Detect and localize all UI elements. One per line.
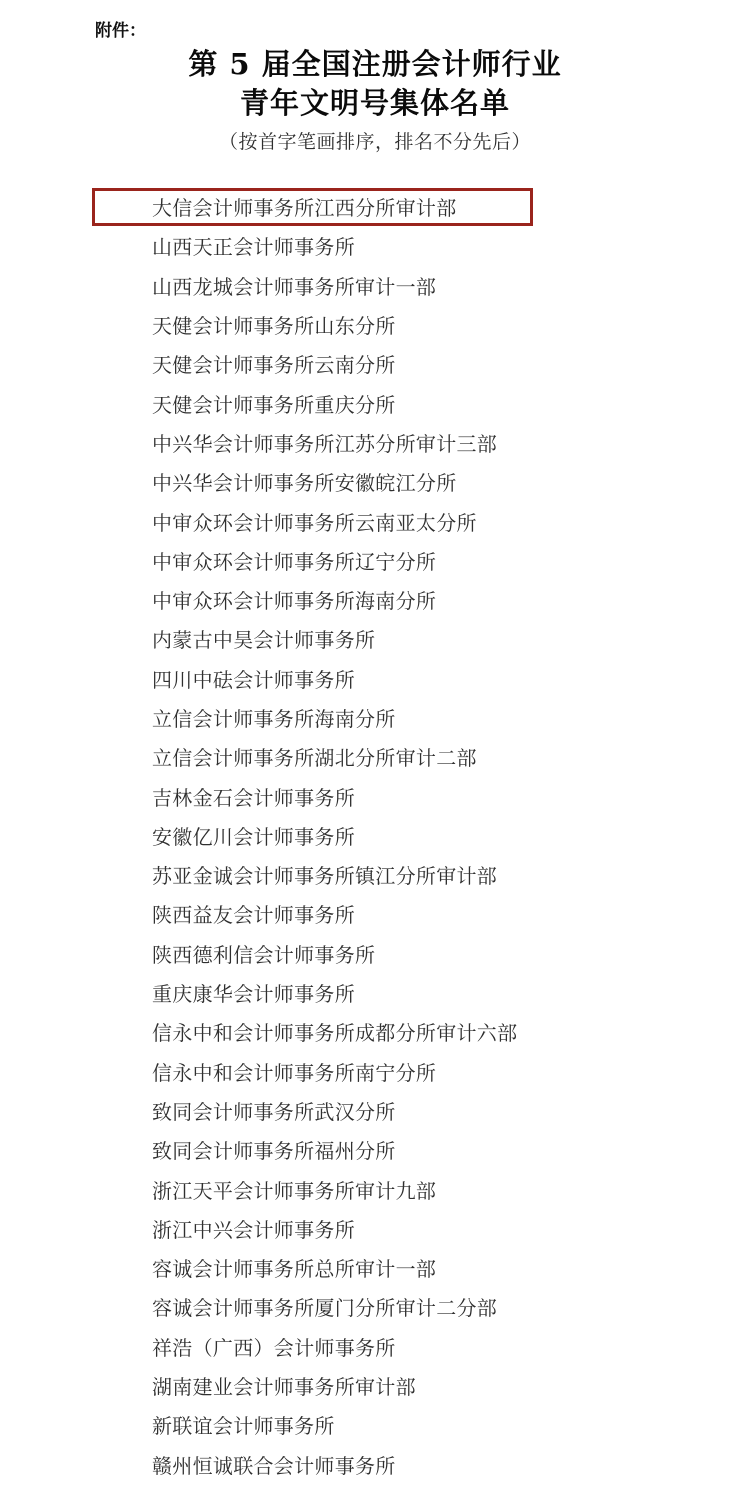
list-item: 湖南建业会计师事务所审计部 xyxy=(0,1366,750,1405)
firm-name: 山西龙城会计师事务所审计一部 xyxy=(152,271,436,300)
list-item: 苏亚金诚会计师事务所镇江分所审计部 xyxy=(0,855,750,894)
list-item: 新联谊会计师事务所 xyxy=(0,1405,750,1444)
firm-name: 大信会计师事务所江西分所审计部 xyxy=(152,192,457,221)
list-item: 中审众环会计师事务所云南亚太分所 xyxy=(0,501,750,540)
firm-name: 容诚会计师事务所总所审计一部 xyxy=(152,1253,436,1282)
list-item: 山西龙城会计师事务所审计一部 xyxy=(0,266,750,305)
firm-name: 陕西益友会计师事务所 xyxy=(152,899,355,928)
firm-name: 天健会计师事务所山东分所 xyxy=(152,310,396,339)
attachment-label: 附件： xyxy=(95,16,146,41)
list-item: 山西天正会计师事务所 xyxy=(0,226,750,265)
list-item: 内蒙古中昊会计师事务所 xyxy=(0,619,750,658)
firm-name: 中兴华会计师事务所江苏分所审计三部 xyxy=(152,428,497,457)
list-item: 中审众环会计师事务所辽宁分所 xyxy=(0,541,750,580)
firm-name: 吉林金石会计师事务所 xyxy=(152,782,355,811)
list-item: 容诚会计师事务所总所审计一部 xyxy=(0,1248,750,1287)
firm-name: 中审众环会计师事务所辽宁分所 xyxy=(152,546,436,575)
list-item: 容诚会计师事务所厦门分所审计二分部 xyxy=(0,1287,750,1326)
list-item: 中兴华会计师事务所江苏分所审计三部 xyxy=(0,423,750,462)
page-subtitle: （按首字笔画排序，排名不分先后） xyxy=(0,127,750,154)
firm-name: 陕西德利信会计师事务所 xyxy=(152,939,375,968)
firm-name: 中审众环会计师事务所海南分所 xyxy=(152,585,436,614)
list-item: 信永中和会计师事务所南宁分所 xyxy=(0,1052,750,1091)
page-title: 第 5 届全国注册会计师行业 青年文明号集体名单 xyxy=(0,45,750,123)
list-item: 陕西德利信会计师事务所 xyxy=(0,934,750,973)
firm-name: 中审众环会计师事务所云南亚太分所 xyxy=(152,507,477,536)
firm-name: 立信会计师事务所湖北分所审计二部 xyxy=(152,742,477,771)
list-item: 天健会计师事务所云南分所 xyxy=(0,344,750,383)
firm-name: 新联谊会计师事务所 xyxy=(152,1410,335,1439)
firm-name: 赣州恒诚联合会计师事务所 xyxy=(152,1450,396,1479)
list-item: 四川中砝会计师事务所 xyxy=(0,659,750,698)
list-item: 吉林金石会计师事务所 xyxy=(0,776,750,815)
firm-name: 天健会计师事务所重庆分所 xyxy=(152,389,396,418)
list-item: 致同会计师事务所福州分所 xyxy=(0,1130,750,1169)
firm-name: 山西天正会计师事务所 xyxy=(152,231,355,260)
firm-name: 苏亚金诚会计师事务所镇江分所审计部 xyxy=(152,860,497,889)
list-item: 天健会计师事务所山东分所 xyxy=(0,305,750,344)
page-title-line-2: 青年文明号集体名单 xyxy=(0,84,750,123)
firm-name: 浙江天平会计师事务所审计九部 xyxy=(152,1175,436,1204)
list-item: 安徽亿川会计师事务所 xyxy=(0,816,750,855)
list-item: 致同会计师事务所武汉分所 xyxy=(0,1091,750,1130)
list-item: 祥浩（广西）会计师事务所 xyxy=(0,1327,750,1366)
firm-name: 信永中和会计师事务所成都分所审计六部 xyxy=(152,1017,517,1046)
firm-name: 四川中砝会计师事务所 xyxy=(152,664,355,693)
list-item: 陕西益友会计师事务所 xyxy=(0,894,750,933)
highlight-box: 大信会计师事务所江西分所审计部 xyxy=(92,188,533,226)
list-item: 信永中和会计师事务所成都分所审计六部 xyxy=(0,1012,750,1051)
list-item: 赣州恒诚联合会计师事务所 xyxy=(0,1445,750,1484)
firm-name: 天健会计师事务所云南分所 xyxy=(152,349,396,378)
firm-name: 浙江中兴会计师事务所 xyxy=(152,1214,355,1243)
firm-name: 祥浩（广西）会计师事务所 xyxy=(152,1332,396,1361)
list-item: 浙江天平会计师事务所审计九部 xyxy=(0,1169,750,1208)
firm-name: 信永中和会计师事务所南宁分所 xyxy=(152,1057,436,1086)
firm-name: 致同会计师事务所武汉分所 xyxy=(152,1096,396,1125)
list-item: 中兴华会计师事务所安徽皖江分所 xyxy=(0,462,750,501)
firm-name: 湖南建业会计师事务所审计部 xyxy=(152,1371,416,1400)
list-item: 立信会计师事务所湖北分所审计二部 xyxy=(0,737,750,776)
firm-name: 内蒙古中昊会计师事务所 xyxy=(152,624,375,653)
page-title-line-1: 第 5 届全国注册会计师行业 xyxy=(0,45,750,84)
list-item: 立信会计师事务所海南分所 xyxy=(0,698,750,737)
list-item: 中审众环会计师事务所海南分所 xyxy=(0,580,750,619)
list-item: 重庆康华会计师事务所 xyxy=(0,973,750,1012)
list-item: 天健会计师事务所重庆分所 xyxy=(0,383,750,422)
firm-name: 中兴华会计师事务所安徽皖江分所 xyxy=(152,467,457,496)
firm-name: 容诚会计师事务所厦门分所审计二分部 xyxy=(152,1292,497,1321)
document-page: 附件： 第 5 届全国注册会计师行业 青年文明号集体名单 （按首字笔画排序，排名… xyxy=(0,0,750,1491)
firm-name: 立信会计师事务所海南分所 xyxy=(152,703,396,732)
list-item: 浙江中兴会计师事务所 xyxy=(0,1209,750,1248)
firm-list: 大信会计师事务所江西分所审计部 山西天正会计师事务所 山西龙城会计师事务所审计一… xyxy=(0,187,750,1484)
firm-name: 重庆康华会计师事务所 xyxy=(152,978,355,1007)
list-item: 大信会计师事务所江西分所审计部 xyxy=(0,187,750,226)
firm-name: 致同会计师事务所福州分所 xyxy=(152,1135,396,1164)
firm-name: 安徽亿川会计师事务所 xyxy=(152,821,355,850)
